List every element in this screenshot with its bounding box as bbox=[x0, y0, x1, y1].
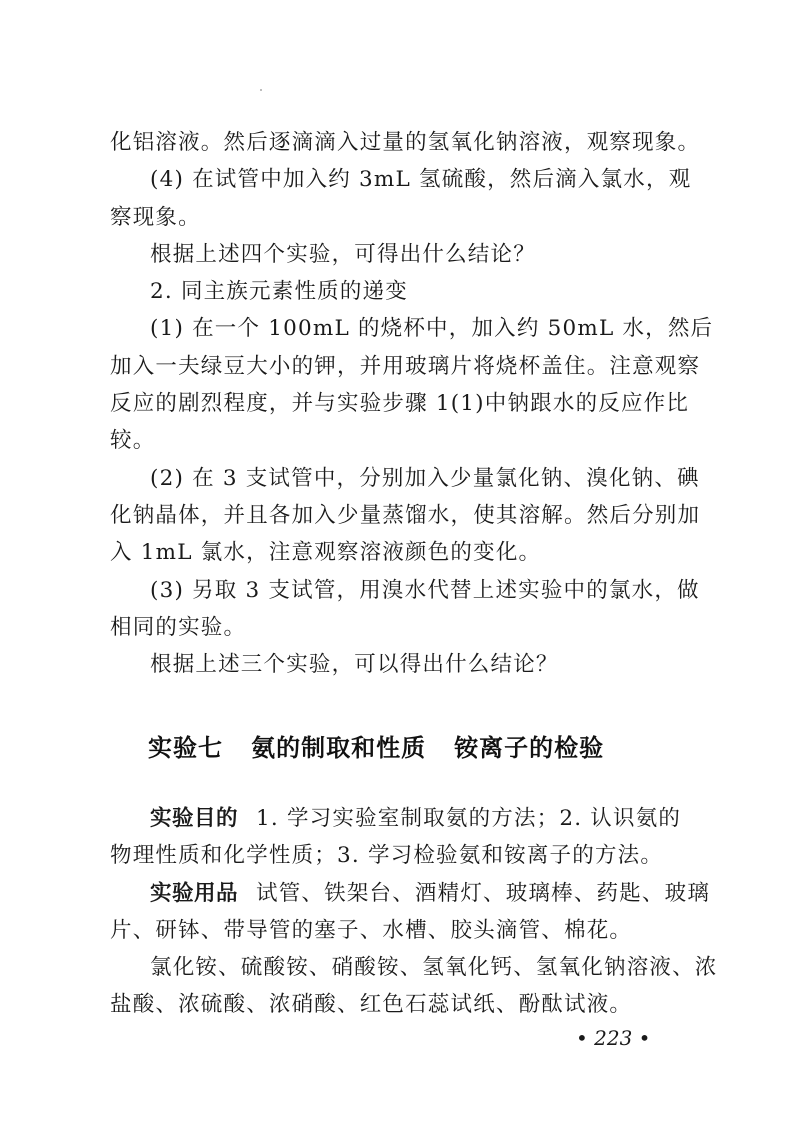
text-line: 加入一夫绿豆大小的钾，并用玻璃片将烧杯盖住。注意观察 bbox=[110, 348, 682, 385]
purpose-text: 1. 学习实验室制取氨的方法；2. 认识氨的 bbox=[256, 806, 681, 831]
text-line: 化铝溶液。然后逐滴滴入过量的氢氧化钠溶液，观察现象。 bbox=[110, 124, 682, 161]
text-line: 察现象。 bbox=[110, 199, 682, 236]
text-line: 入 1mL 氯水，注意观察溶液颜色的变化。 bbox=[110, 534, 682, 571]
text-line: 反应的剧烈程度，并与实验步骤 1(1)中钠跟水的反应作比 bbox=[110, 385, 682, 422]
text-line: 根据上述三个实验，可以得出什么结论？ bbox=[110, 646, 682, 683]
text-line: 氯化铵、硫酸铵、硝酸铵、氢氧化钙、氢氧化钠溶液、浓 bbox=[110, 949, 682, 986]
text-line: 化钠晶体，并且各加入少量蒸馏水，使其溶解。然后分别加 bbox=[110, 497, 682, 534]
section-heading: 实验七 氨的制取和性质 铵离子的检验 bbox=[148, 728, 604, 763]
text-line: 相同的实验。 bbox=[110, 609, 682, 646]
text-line: 物理性质和化学性质；3. 学习检验氨和铵离子的方法。 bbox=[110, 837, 682, 874]
experiment-details: 实验目的1. 学习实验室制取氨的方法；2. 认识氨的 物理性质和化学性质；3. … bbox=[110, 800, 682, 1024]
text-line: (1) 在一个 100mL 的烧杯中，加入约 50mL 水，然后 bbox=[110, 310, 682, 347]
page-number: • 223 • bbox=[576, 1026, 650, 1050]
text-line: 盐酸、浓硫酸、浓硝酸、红色石蕊试纸、酚酞试液。 bbox=[110, 986, 682, 1023]
purpose-line: 实验目的1. 学习实验室制取氨的方法；2. 认识氨的 bbox=[110, 800, 682, 837]
materials-label: 实验用品 bbox=[150, 881, 238, 906]
scan-speck bbox=[260, 89, 262, 91]
text-line: (2) 在 3 支试管中，分别加入少量氯化钠、溴化钠、碘 bbox=[110, 460, 682, 497]
materials-text: 试管、铁架台、酒精灯、玻璃棒、药匙、玻璃 bbox=[256, 881, 710, 906]
subsection-title: 2. 同主族元素性质的递变 bbox=[110, 273, 682, 310]
text-line: (3) 另取 3 支试管，用溴水代替上述实验中的氯水，做 bbox=[110, 572, 682, 609]
materials-line: 实验用品试管、铁架台、酒精灯、玻璃棒、药匙、玻璃 bbox=[110, 875, 682, 912]
text-line: 片、研钵、带导管的塞子、水槽、胶头滴管、棉花。 bbox=[110, 912, 682, 949]
text-line: 根据上述四个实验，可得出什么结论？ bbox=[110, 236, 682, 273]
text-line: 较。 bbox=[110, 422, 682, 459]
text-line: (4) 在试管中加入约 3mL 氢硫酸，然后滴入氯水，观 bbox=[110, 161, 682, 198]
body-text-top: 化铝溶液。然后逐滴滴入过量的氢氧化钠溶液，观察现象。 (4) 在试管中加入约 3… bbox=[110, 124, 682, 683]
purpose-label: 实验目的 bbox=[150, 806, 238, 831]
